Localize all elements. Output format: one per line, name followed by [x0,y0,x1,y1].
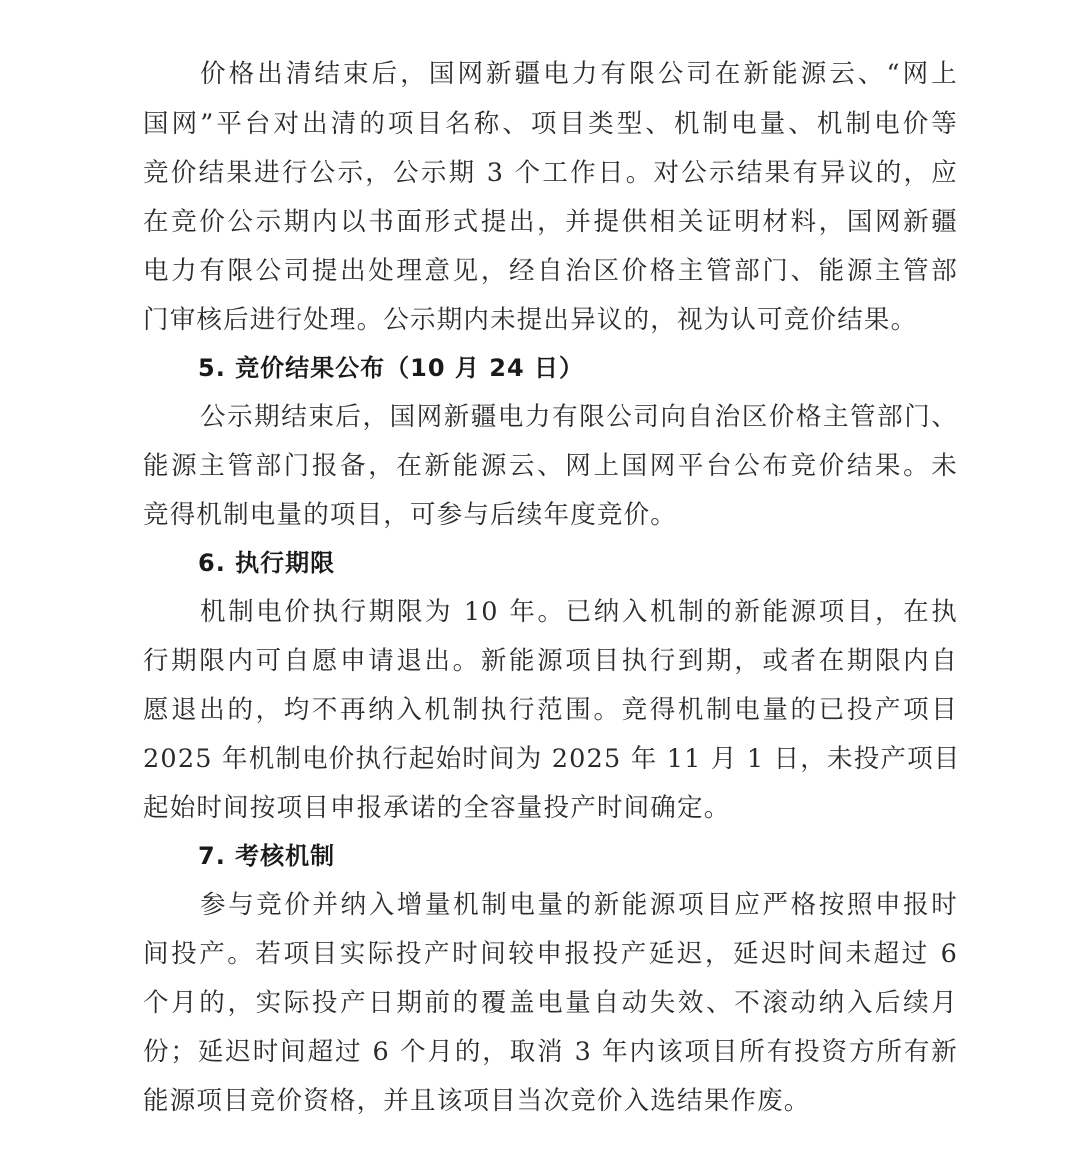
text-line: 机制电价执行期限为 10 年。已纳入机制的新能源项目，在执 [200,594,958,630]
text-line: 公示期结束后，国网新疆电力有限公司向自治区价格主管部门、 [200,399,958,435]
text-line: 国网”平台对出清的项目名称、项目类型、机制电量、机制电价等 [143,106,958,142]
text-line: 起始时间按项目申报承诺的全容量投产时间确定。 [143,790,958,826]
text-line: 在竞价公示期内以书面形式提出，并提供相关证明材料，国网新疆 [143,204,958,240]
text-line: 间投产。若项目实际投产时间较申报投产延迟，延迟时间未超过 6 [143,936,958,972]
section-heading-result-announcement: 5. 竞价结果公布（10 月 24 日） [198,350,584,386]
text-line: 愿退出的，均不再纳入机制执行范围。竞得机制电量的已投产项目 [143,692,958,728]
text-line: 参与竞价并纳入增量机制电量的新能源项目应严格按照申报时 [200,887,958,923]
text-line: 能源项目竞价资格，并且该项目当次竞价入选结果作废。 [143,1083,958,1119]
document-page: 价格出清结束后，国网新疆电力有限公司在新能源云、“网上 国网”平台对出清的项目名… [0,0,1080,1163]
text-line: 门审核后进行处理。公示期内未提出异议的，视为认可竞价结果。 [143,302,958,338]
text-line: 竞价结果进行公示，公示期 3 个工作日。对公示结果有异议的，应 [143,155,958,191]
text-line: 行期限内可自愿申请退出。新能源项目执行到期，或者在期限内自 [143,643,958,679]
section-heading-execution-period: 6. 执行期限 [198,545,335,581]
text-line: 2025 年机制电价执行起始时间为 2025 年 11 月 1 日，未投产项目 [143,741,958,777]
text-line: 竞得机制电量的项目，可参与后续年度竞价。 [143,497,958,533]
text-line: 价格出清结束后，国网新疆电力有限公司在新能源云、“网上 [200,56,958,92]
text-line: 份；延迟时间超过 6 个月的，取消 3 年内该项目所有投资方所有新 [143,1034,958,1070]
text-line: 个月的，实际投产日期前的覆盖电量自动失效、不滚动纳入后续月 [143,985,958,1021]
text-line: 能源主管部门报备，在新能源云、网上国网平台公布竞价结果。未 [143,448,958,484]
text-line: 电力有限公司提出处理意见，经自治区价格主管部门、能源主管部 [143,253,958,289]
section-heading-assessment: 7. 考核机制 [198,838,335,874]
